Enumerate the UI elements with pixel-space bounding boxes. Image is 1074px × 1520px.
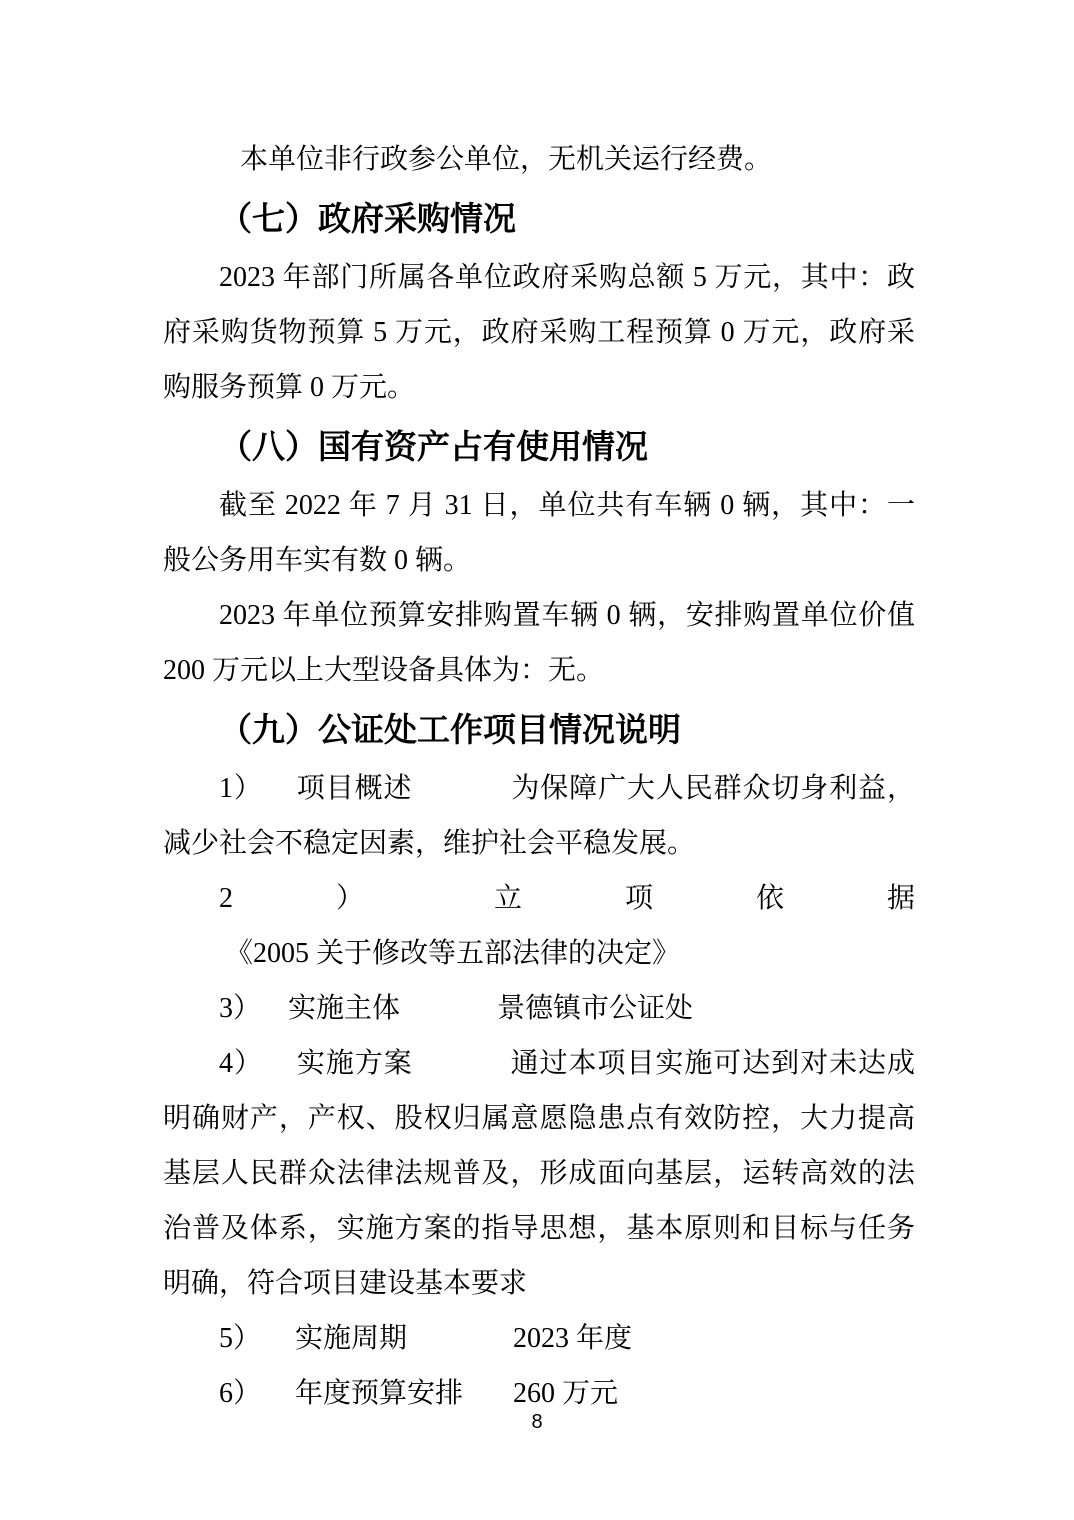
item-number: 4） — [219, 1048, 263, 1079]
document-page: 本单位非行政参公单位，无机关运行经费。 （七）政府采购情况 2023 年部门所属… — [0, 0, 1074, 1520]
item-value: 《2005 关于修改等五部法律的决定》 — [225, 938, 680, 969]
paragraph: 本单位非行政参公单位，无机关运行经费。 — [163, 132, 915, 187]
paragraph: 2023 年部门所属各单位政府采购总额 5 万元，其中：政府采购货物预算 5 万… — [163, 250, 915, 415]
paragraph: 2023 年单位预算安排购置车辆 0 辆，安排购置单位价值 200 万元以上大型… — [163, 588, 915, 698]
item-number: 2） — [219, 883, 467, 914]
list-item: 3）实施主体景德镇市公证处 — [163, 981, 915, 1036]
item-value: 景德镇市公证处 — [497, 993, 693, 1024]
item-label: 实施主体 — [288, 993, 400, 1024]
item-label: 立项依据 — [494, 883, 915, 914]
paragraph: 截至 2022 年 7 月 31 日，单位共有车辆 0 辆，其中：一般公务用车实… — [163, 478, 915, 588]
section-heading: （八）国有资产占有使用情况 — [163, 421, 915, 476]
item-value: 2023 年度 — [513, 1323, 632, 1354]
item-label: 实施周期 — [295, 1323, 407, 1354]
item-value: 260 万元 — [513, 1378, 618, 1409]
item-label: 年度预算安排 — [295, 1378, 463, 1409]
item-number: 3） — [219, 993, 261, 1024]
item-number: 5） — [219, 1323, 261, 1354]
list-item: 4）实施方案通过本项目实施可达到对未达成明确财产，产权、股权归属意愿隐患点有效防… — [163, 1036, 915, 1311]
list-item: 5）实施周期2023 年度 — [163, 1311, 915, 1366]
document-content: 本单位非行政参公单位，无机关运行经费。 （七）政府采购情况 2023 年部门所属… — [163, 132, 915, 1421]
item-number: 1） — [219, 773, 263, 804]
list-item: 1）项目概述为保障广大人民群众切身利益，减少社会不稳定因素，维护社会平稳发展。 — [163, 761, 915, 871]
list-item: 2）立项依据《2005 关于修改等五部法律的决定》 — [163, 871, 915, 981]
page-number: 8 — [0, 1411, 1074, 1434]
item-value: 通过本项目实施可达到对未达成明确财产，产权、股权归属意愿隐患点有效防控，大力提高… — [163, 1048, 915, 1299]
item-value: 为保障广大人民群众切身利益，减少社会不稳定因素，维护社会平稳发展。 — [163, 773, 915, 859]
item-label: 项目概述 — [297, 773, 413, 804]
section-heading: （九）公证处工作项目情况说明 — [163, 704, 915, 759]
item-number: 6） — [219, 1378, 261, 1409]
item-label: 实施方案 — [297, 1048, 413, 1079]
section-heading: （七）政府采购情况 — [163, 193, 915, 248]
